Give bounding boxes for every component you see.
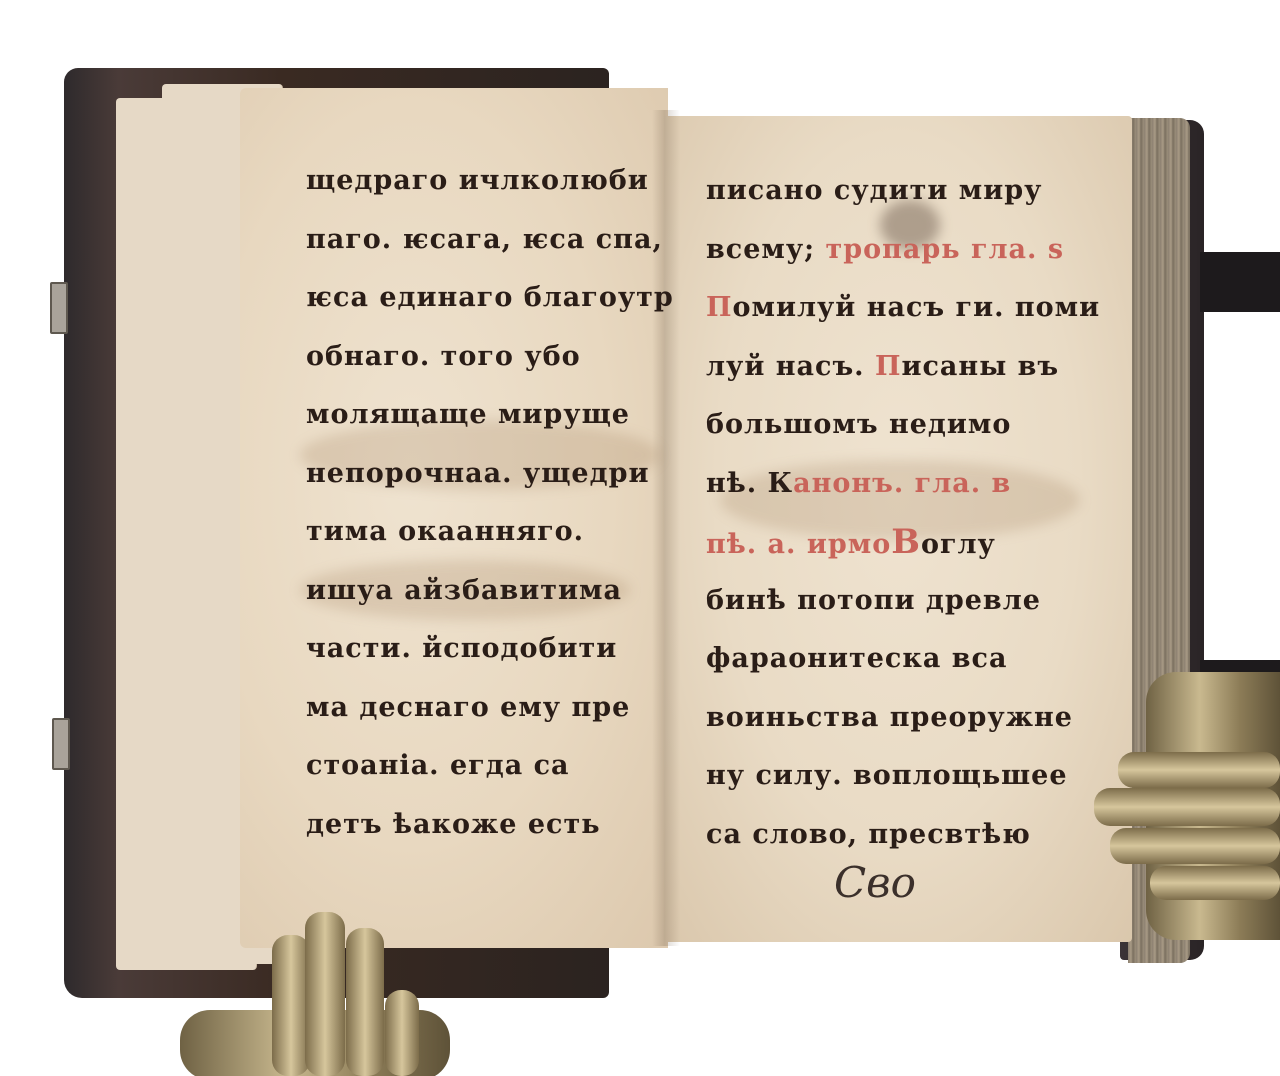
text-line: фараонитеска вса bbox=[706, 630, 1100, 689]
text-line: са слово, пресвтѣю bbox=[706, 806, 1100, 865]
clasp-hinge-bottom bbox=[52, 718, 70, 770]
text-line: части. йсподобити bbox=[306, 620, 674, 679]
left-page-text: щедраго ичлколюби паго. ѥсага, ѥса спа, … bbox=[306, 152, 674, 854]
text-line: бинѣ потопи древле bbox=[706, 572, 1100, 631]
text-line: всему; тропарь гла. ѕ bbox=[706, 221, 1100, 280]
rubric-text: тропарь гла. ѕ bbox=[825, 234, 1064, 265]
text-line: ишуа айзбавитима bbox=[306, 562, 674, 621]
right-page-text: писано судити миру всему; тропарь гла. ѕ… bbox=[706, 162, 1100, 864]
text-line: тима окаанняго. bbox=[306, 503, 674, 562]
rubric-text: анонъ. гла. в bbox=[793, 468, 1011, 499]
text-line: ѥса единаго благоутр bbox=[306, 269, 674, 328]
text-line: ма деснаго ему пре bbox=[306, 679, 674, 738]
text-line: ну силу. воплощьшее bbox=[706, 747, 1100, 806]
text-line: стоаніа. егда са bbox=[306, 737, 674, 796]
clasp-hinge-top bbox=[50, 282, 68, 334]
text-line: непорочнаа. ущедри bbox=[306, 445, 674, 504]
text-line: Помилуй насъ ги. поми bbox=[706, 279, 1100, 338]
text-line: луй насъ. Писаны въ bbox=[706, 338, 1100, 397]
text-line: писано судити миру bbox=[706, 162, 1100, 221]
rubric-initial: П bbox=[706, 292, 733, 323]
text-line: воиньства преоружне bbox=[706, 689, 1100, 748]
rubric-text: пѣ. а. ирмо bbox=[706, 529, 891, 560]
text-line: нѣ. Канонъ. гла. в bbox=[706, 455, 1100, 514]
rubric-initial: В bbox=[891, 522, 921, 562]
text-line: щедраго ичлколюби bbox=[306, 152, 674, 211]
text-line: обнаго. того убо bbox=[306, 328, 674, 387]
text-line: паго. ѥсага, ѥса спа, bbox=[306, 211, 674, 270]
text-line: молящаще мируще bbox=[306, 386, 674, 445]
text-line: пѣ. а. ирмоВоглу bbox=[706, 513, 1100, 572]
strap-top bbox=[1200, 252, 1280, 312]
folio-number: Сво bbox=[834, 858, 916, 907]
text-line: большомъ недимо bbox=[706, 396, 1100, 455]
text-line: детъ ѣакоже есть bbox=[306, 796, 674, 855]
rubric-initial: П bbox=[875, 351, 902, 382]
